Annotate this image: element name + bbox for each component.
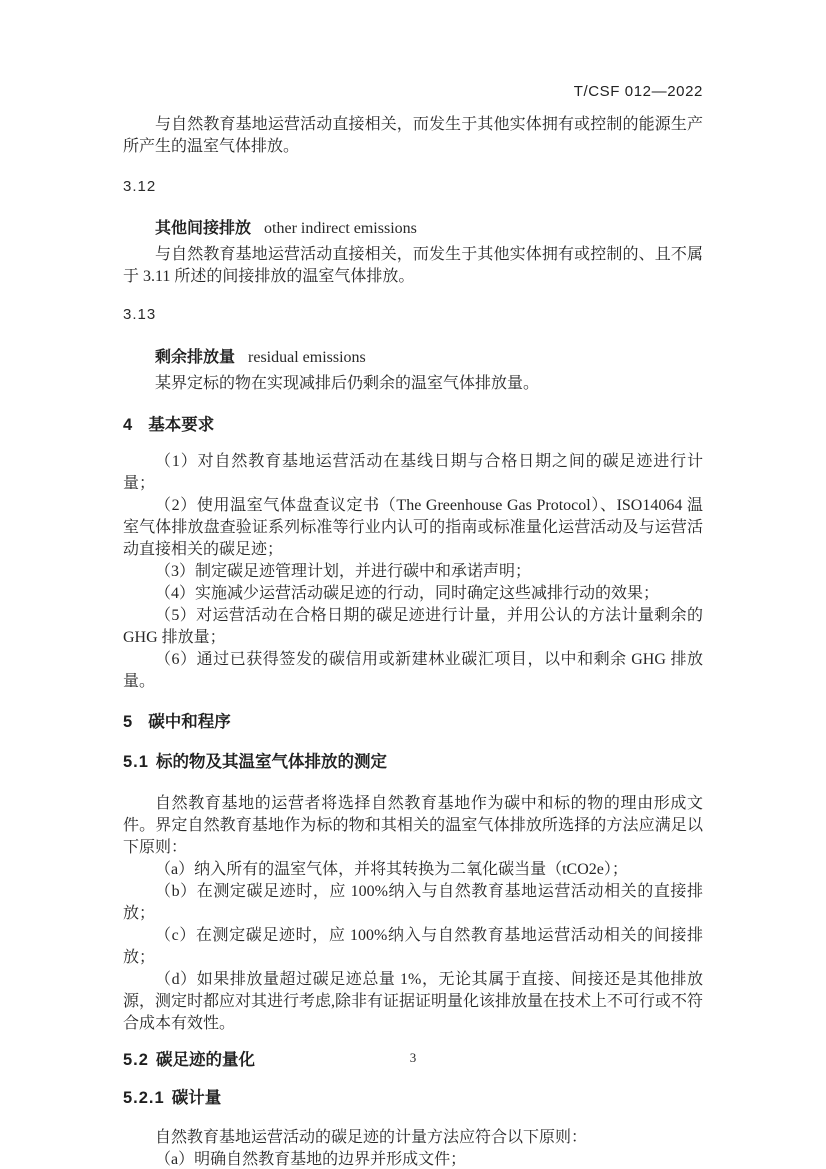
section-5-2-1-item-list: （a）明确自然教育基地的边界并形成文件； (123, 1149, 703, 1169)
term-english: residual emissions (248, 349, 366, 366)
list-item: （5）对运营活动在合格日期的碳足迹进行计量，并用公认的方法计量剩余的 GHG 排… (123, 605, 703, 649)
term-line-3-13: 剩余排放量residual emissions (123, 347, 703, 369)
term-chinese: 其他间接排放 (155, 220, 251, 237)
section-title: 碳计量 (172, 1089, 222, 1107)
chapter-5-heading: 5碳中和程序 (123, 711, 703, 733)
chapter-4-heading: 4基本要求 (123, 414, 703, 436)
list-item: （a）明确自然教育基地的边界并形成文件； (123, 1149, 703, 1169)
section-number-3-12: 3.12 (123, 176, 703, 198)
section-5-1-heading: 5.1标的物及其温室气体排放的测定 (123, 751, 703, 773)
list-item: （1）对自然教育基地运营活动在基线日期与合格日期之间的碳足迹进行计量； (123, 451, 703, 495)
section-number: 5.1 (123, 753, 149, 771)
term-chinese: 剩余排放量 (155, 349, 235, 366)
term-line-3-12: 其他间接排放other indirect emissions (123, 218, 703, 240)
chapter-4-item-list: （1）对自然教育基地运营活动在基线日期与合格日期之间的碳足迹进行计量； （2）使… (123, 451, 703, 693)
section-5-2-1-heading: 5.2.1碳计量 (123, 1087, 703, 1109)
list-item: （d）如果排放量超过碳足迹总量 1%，无论其属于直接、间接还是其他排放源，测定时… (123, 969, 703, 1035)
document-code-header: T/CSF 012—2022 (123, 83, 703, 100)
section-3-11-continuation-paragraph: 与自然教育基地运营活动直接相关，而发生于其他实体拥有或控制的能源生产所产生的温室… (123, 114, 703, 158)
section-5-2-1-paragraph: 自然教育基地运营活动的碳足迹的计量方法应符合以下原则： (123, 1127, 703, 1149)
document-page: T/CSF 012—2022 与自然教育基地运营活动直接相关，而发生于其他实体拥… (0, 0, 826, 1169)
term-english: other indirect emissions (264, 220, 417, 237)
page-number: 3 (0, 1050, 826, 1066)
section-title: 标的物及其温室气体排放的测定 (156, 753, 387, 771)
section-number-3-13: 3.13 (123, 304, 703, 326)
list-item: （c）在测定碳足迹时，应 100%纳入与自然教育基地运营活动相关的间接排放； (123, 925, 703, 969)
chapter-title: 碳中和程序 (148, 713, 231, 731)
section-5-1-item-list: （a）纳入所有的温室气体，并将其转换为二氧化碳当量（tCO2e）； （b）在测定… (123, 859, 703, 1035)
list-item: （4）实施减少运营活动碳足迹的行动，同时确定这些减排行动的效果； (123, 583, 703, 605)
list-item: （2）使用温室气体盘查议定书（The Greenhouse Gas Protoc… (123, 495, 703, 561)
chapter-title: 基本要求 (148, 416, 214, 434)
list-item: （6）通过已获得签发的碳信用或新建林业碳汇项目，以中和剩余 GHG 排放量。 (123, 649, 703, 693)
chapter-number: 5 (123, 713, 133, 731)
list-item: （b）在测定碳足迹时，应 100%纳入与自然教育基地运营活动相关的直接排放； (123, 881, 703, 925)
definition-paragraph-3-12: 与自然教育基地运营活动直接相关，而发生于其他实体拥有或控制的、且不属于 3.11… (123, 244, 703, 288)
list-item: （3）制定碳足迹管理计划，并进行碳中和承诺声明； (123, 561, 703, 583)
chapter-number: 4 (123, 416, 133, 434)
document-content: T/CSF 012—2022 与自然教育基地运营活动直接相关，而发生于其他实体拥… (0, 0, 826, 1169)
section-5-1-paragraph: 自然教育基地的运营者将选择自然教育基地作为碳中和标的物的理由形成文件。界定自然教… (123, 793, 703, 859)
list-item: （a）纳入所有的温室气体，并将其转换为二氧化碳当量（tCO2e）； (123, 859, 703, 881)
definition-paragraph-3-13: 某界定标的物在实现减排后仍剩余的温室气体排放量。 (123, 373, 703, 395)
section-number: 5.2.1 (123, 1089, 165, 1107)
